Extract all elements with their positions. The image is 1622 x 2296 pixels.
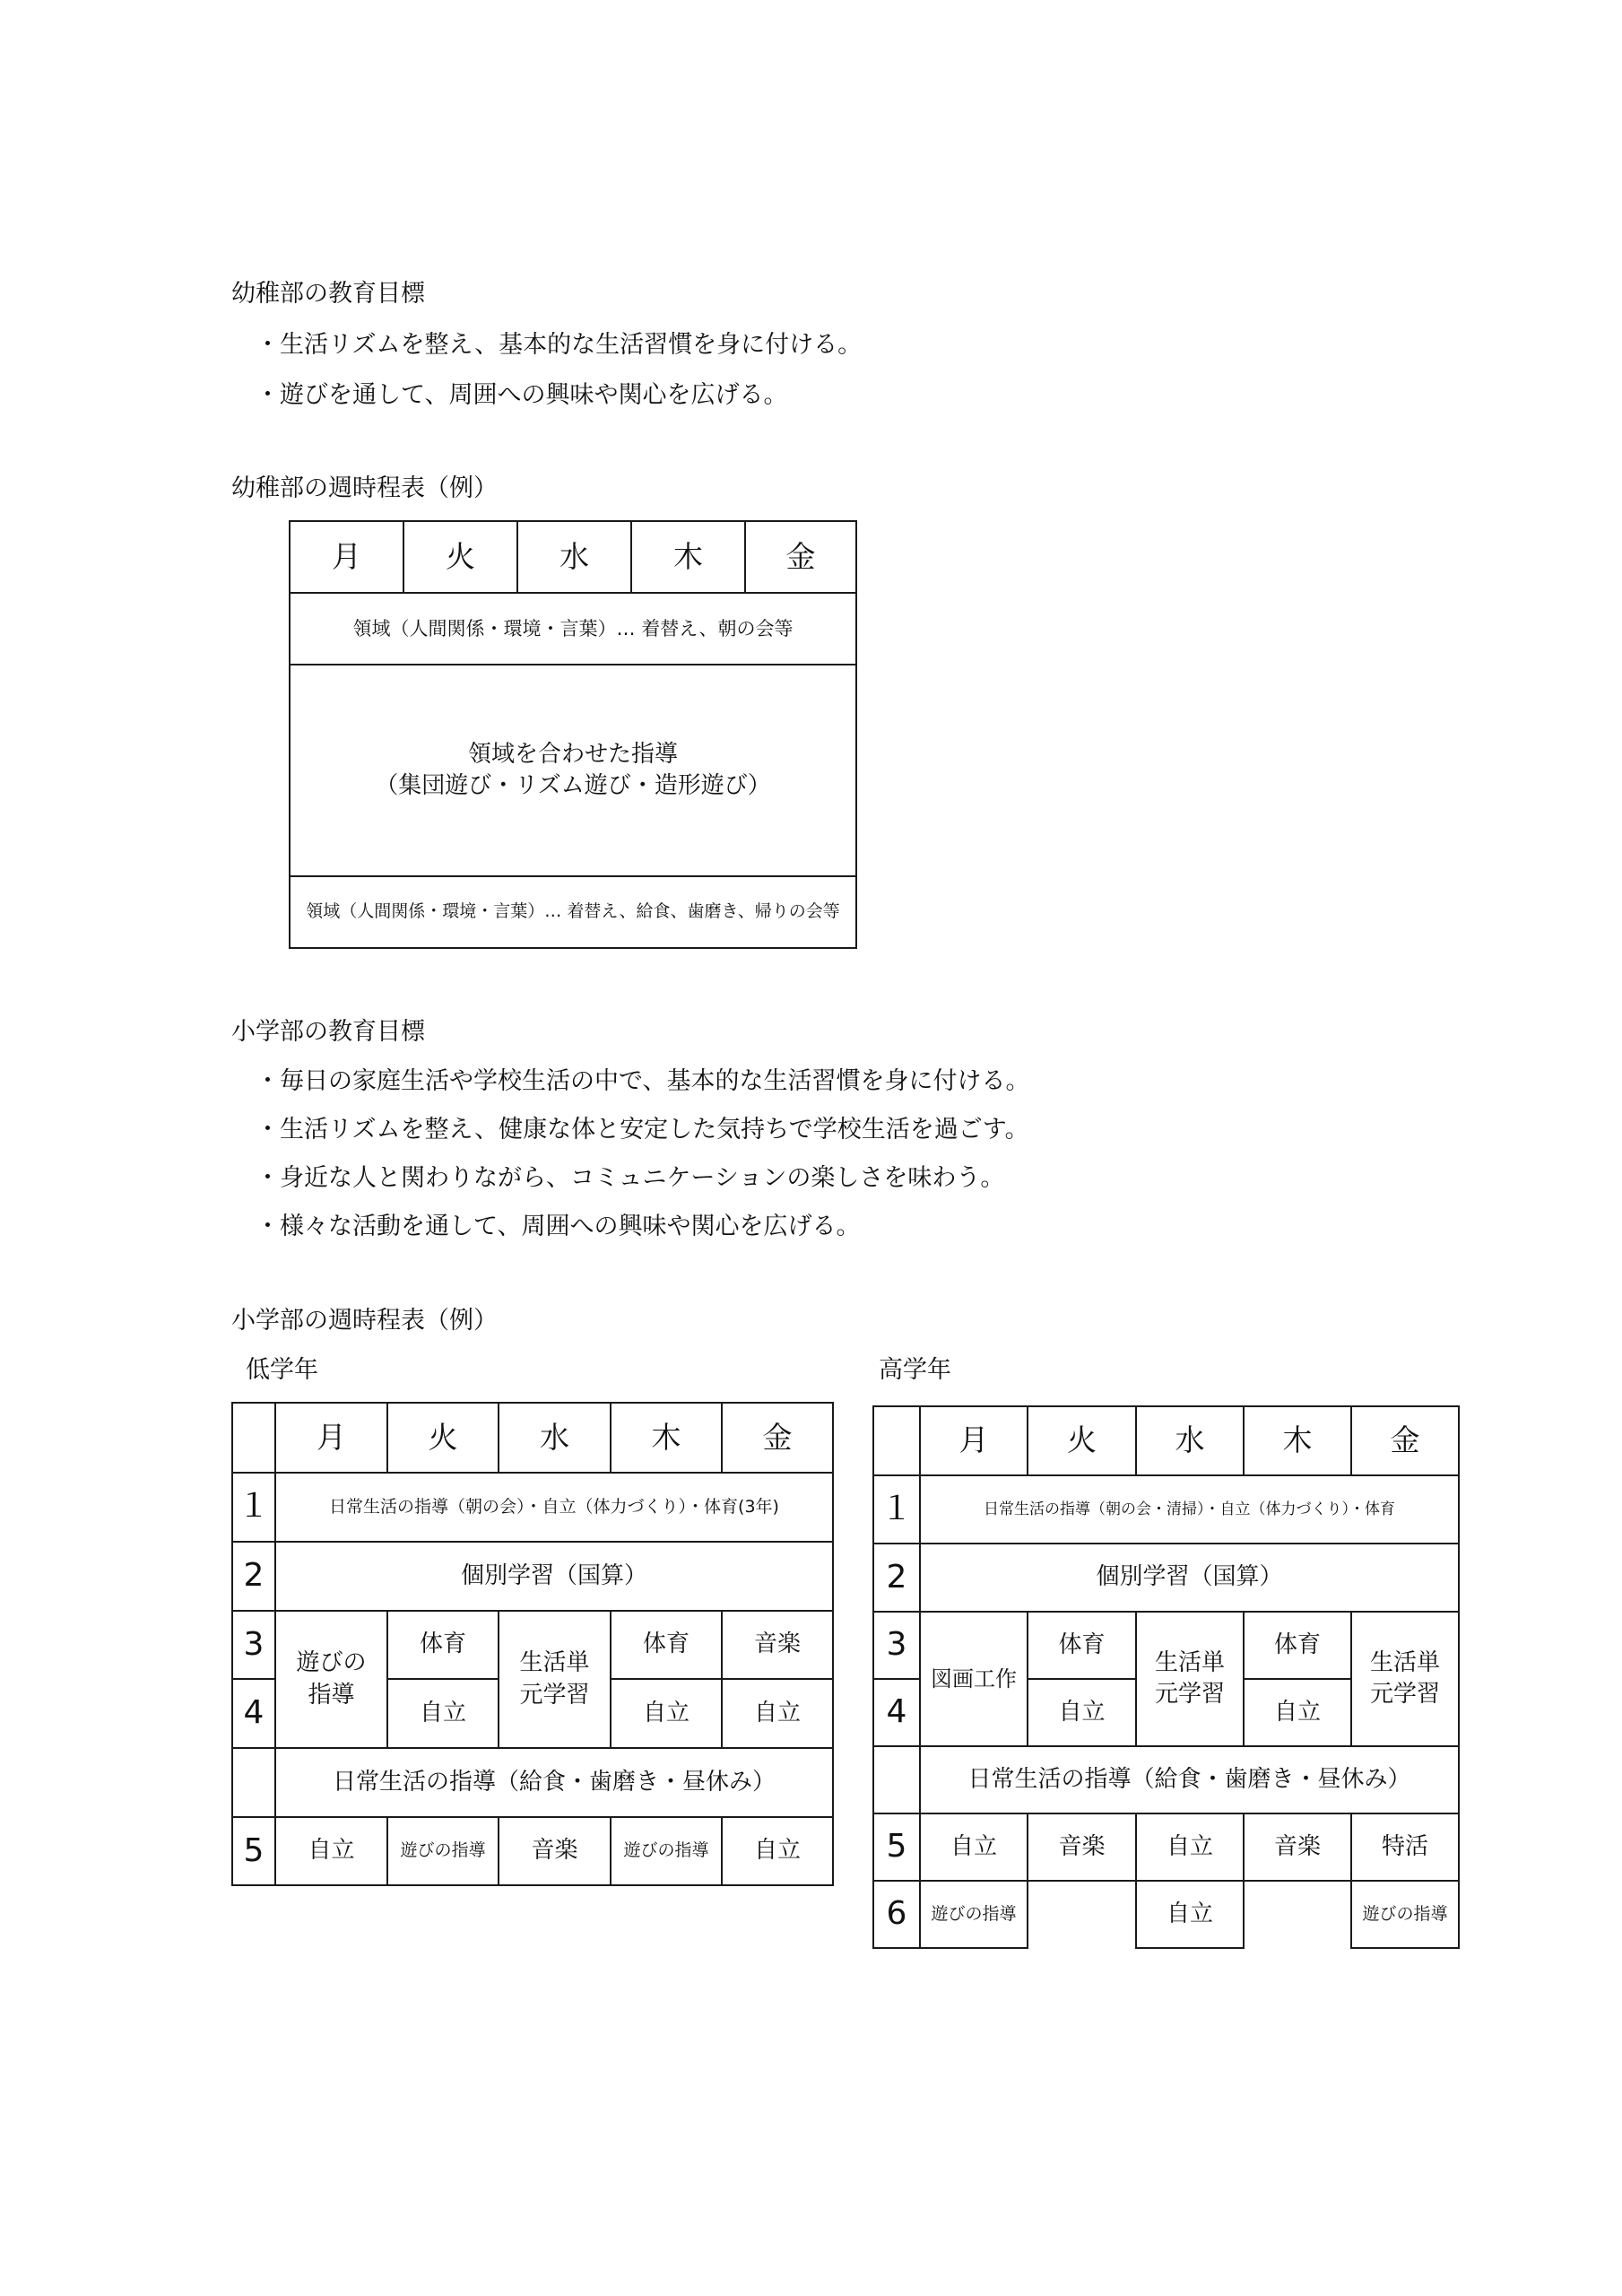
elementary-timetable-heading: 小学部の週時程表（例）: [231, 1300, 498, 1335]
upper-p5-thu: 音楽: [1243, 1813, 1352, 1882]
lower-period-3: 3: [231, 1610, 276, 1680]
upper-p3-thu: 体育: [1243, 1611, 1352, 1680]
lower-p3-thu: 体育: [610, 1610, 723, 1680]
lower-p2-cell: 個別学習（国算）: [274, 1541, 834, 1612]
upper-p6-wed: 自立: [1135, 1880, 1245, 1949]
upper-period-5: 5: [872, 1813, 921, 1882]
lower-p4-tue: 自立: [386, 1678, 499, 1749]
upper-p4-thu: 自立: [1243, 1678, 1352, 1747]
lower-period-2: 2: [231, 1541, 276, 1612]
upper-p6-mon: 遊びの指導: [919, 1880, 1028, 1949]
upper-p2-cell: 個別学習（国算）: [919, 1543, 1460, 1613]
upper-period-2: 2: [872, 1543, 921, 1613]
upper-period-6: 6: [872, 1880, 921, 1949]
lower-p5-mon: 自立: [274, 1816, 388, 1886]
lower-period-5: 5: [231, 1816, 276, 1886]
lower-p34-mon-line1: 遊びの: [296, 1648, 366, 1679]
lower-p4-fri: 自立: [721, 1678, 834, 1749]
lower-lunch-cell: 日常生活の指導（給食・歯磨き・昼休み）: [274, 1747, 834, 1818]
elementary-goal-3: ・身近な人と関わりながら、コミュニケーションの楽しさを味わう。: [256, 1158, 1004, 1193]
kg-row-main-line1: 領域を合わせた指導: [468, 739, 678, 770]
lower-p5-wed: 音楽: [498, 1816, 612, 1886]
upper-period-3: 3: [872, 1611, 921, 1680]
kg-day-tue: 火: [403, 520, 518, 594]
lower-day-wed: 水: [498, 1402, 612, 1474]
upper-period-lunch: [872, 1745, 921, 1814]
kg-row-main: 領域を合わせた指導 （集団遊び・リズム遊び・造形遊び）: [289, 664, 857, 877]
upper-p4-tue: 自立: [1027, 1678, 1137, 1747]
upper-p1-cell: 日常生活の指導（朝の会・清掃）・自立（体力づくり）・体育: [919, 1474, 1460, 1544]
kg-day-fri: 金: [744, 520, 857, 594]
upper-p34-fri-line1: 生活単: [1370, 1648, 1440, 1679]
lower-day-tue: 火: [386, 1402, 499, 1474]
upper-p5-fri: 特活: [1350, 1813, 1460, 1882]
elementary-goal-1: ・毎日の家庭生活や学校生活の中で、基本的な生活習慣を身に付ける。: [256, 1061, 1029, 1096]
lower-day-thu: 木: [610, 1402, 723, 1474]
lower-p34-wed: 生活単 元学習: [498, 1610, 612, 1749]
lower-period-1: １: [231, 1472, 276, 1543]
upper-p34-wed-line1: 生活単: [1155, 1648, 1225, 1679]
upper-corner-cell: [872, 1405, 921, 1476]
kg-row-morning: 領域（人間関係・環境・言葉）… 着替え、朝の会等: [289, 592, 857, 665]
lower-corner-cell: [231, 1402, 276, 1474]
kindergarten-goal-2: ・遊びを通して、周囲への興味や関心を広げる。: [256, 375, 787, 410]
lower-grade-label: 低学年: [246, 1350, 318, 1385]
upper-lunch-cell: 日常生活の指導（給食・歯磨き・昼休み）: [919, 1745, 1460, 1814]
upper-p34-wed-line2: 元学習: [1155, 1679, 1225, 1710]
lower-p34-mon-line2: 指導: [308, 1680, 354, 1711]
lower-p34-mon: 遊びの 指導: [274, 1610, 388, 1749]
upper-period-4: 4: [872, 1678, 921, 1747]
elementary-goals-heading: 小学部の教育目標: [231, 1012, 425, 1047]
lower-period-lunch: [231, 1747, 276, 1818]
upper-day-fri: 金: [1350, 1405, 1460, 1476]
kg-row-main-line2: （集団遊び・リズム遊び・造形遊び）: [375, 770, 770, 802]
lower-p5-thu: 遊びの指導: [610, 1816, 723, 1886]
kg-row-afternoon: 領域（人間関係・環境・言葉）… 着替え、給食、歯磨き、帰りの会等: [289, 875, 857, 949]
upper-p34-mon: 図画工作: [919, 1611, 1028, 1747]
kg-day-wed: 水: [516, 520, 632, 594]
lower-p34-wed-line2: 元学習: [519, 1680, 589, 1711]
lower-p4-thu: 自立: [610, 1678, 723, 1749]
kg-day-mon: 月: [289, 520, 404, 594]
lower-p1-cell: 日常生活の指導（朝の会）・自立（体力づくり）・体育(3年): [274, 1472, 834, 1543]
upper-p34-wed: 生活単 元学習: [1135, 1611, 1245, 1747]
kindergarten-timetable-heading: 幼稚部の週時程表（例）: [231, 468, 498, 503]
kg-day-thu: 木: [630, 520, 746, 594]
upper-day-mon: 月: [919, 1405, 1028, 1476]
lower-day-fri: 金: [721, 1402, 834, 1474]
upper-day-wed: 水: [1135, 1405, 1245, 1476]
lower-p34-wed-line1: 生活単: [519, 1648, 589, 1679]
upper-p5-tue: 音楽: [1027, 1813, 1137, 1882]
upper-p34-fri-line2: 元学習: [1370, 1679, 1440, 1710]
upper-p3-tue: 体育: [1027, 1611, 1137, 1680]
lower-p5-tue: 遊びの指導: [386, 1816, 499, 1886]
upper-period-1: １: [872, 1474, 921, 1544]
elementary-goal-4: ・様々な活動を通して、周囲への興味や関心を広げる。: [256, 1206, 860, 1241]
kindergarten-goal-1: ・生活リズムを整え、基本的な生活習慣を身に付ける。: [256, 325, 862, 360]
lower-p3-fri: 音楽: [721, 1610, 834, 1680]
upper-p5-mon: 自立: [919, 1813, 1028, 1882]
kindergarten-goals-heading: 幼稚部の教育目標: [231, 274, 425, 309]
upper-p6-fri: 遊びの指導: [1350, 1880, 1460, 1949]
upper-p5-wed: 自立: [1135, 1813, 1245, 1882]
upper-p34-fri: 生活単 元学習: [1350, 1611, 1460, 1747]
upper-day-tue: 火: [1027, 1405, 1137, 1476]
upper-day-thu: 木: [1243, 1405, 1352, 1476]
lower-period-4: 4: [231, 1678, 276, 1749]
lower-p3-tue: 体育: [386, 1610, 499, 1680]
upper-grade-label: 高学年: [879, 1350, 951, 1385]
lower-day-mon: 月: [274, 1402, 388, 1474]
lower-p5-fri: 自立: [721, 1816, 834, 1886]
elementary-goal-2: ・生活リズムを整え、健康な体と安定した気持ちで学校生活を過ごす。: [256, 1109, 1029, 1144]
